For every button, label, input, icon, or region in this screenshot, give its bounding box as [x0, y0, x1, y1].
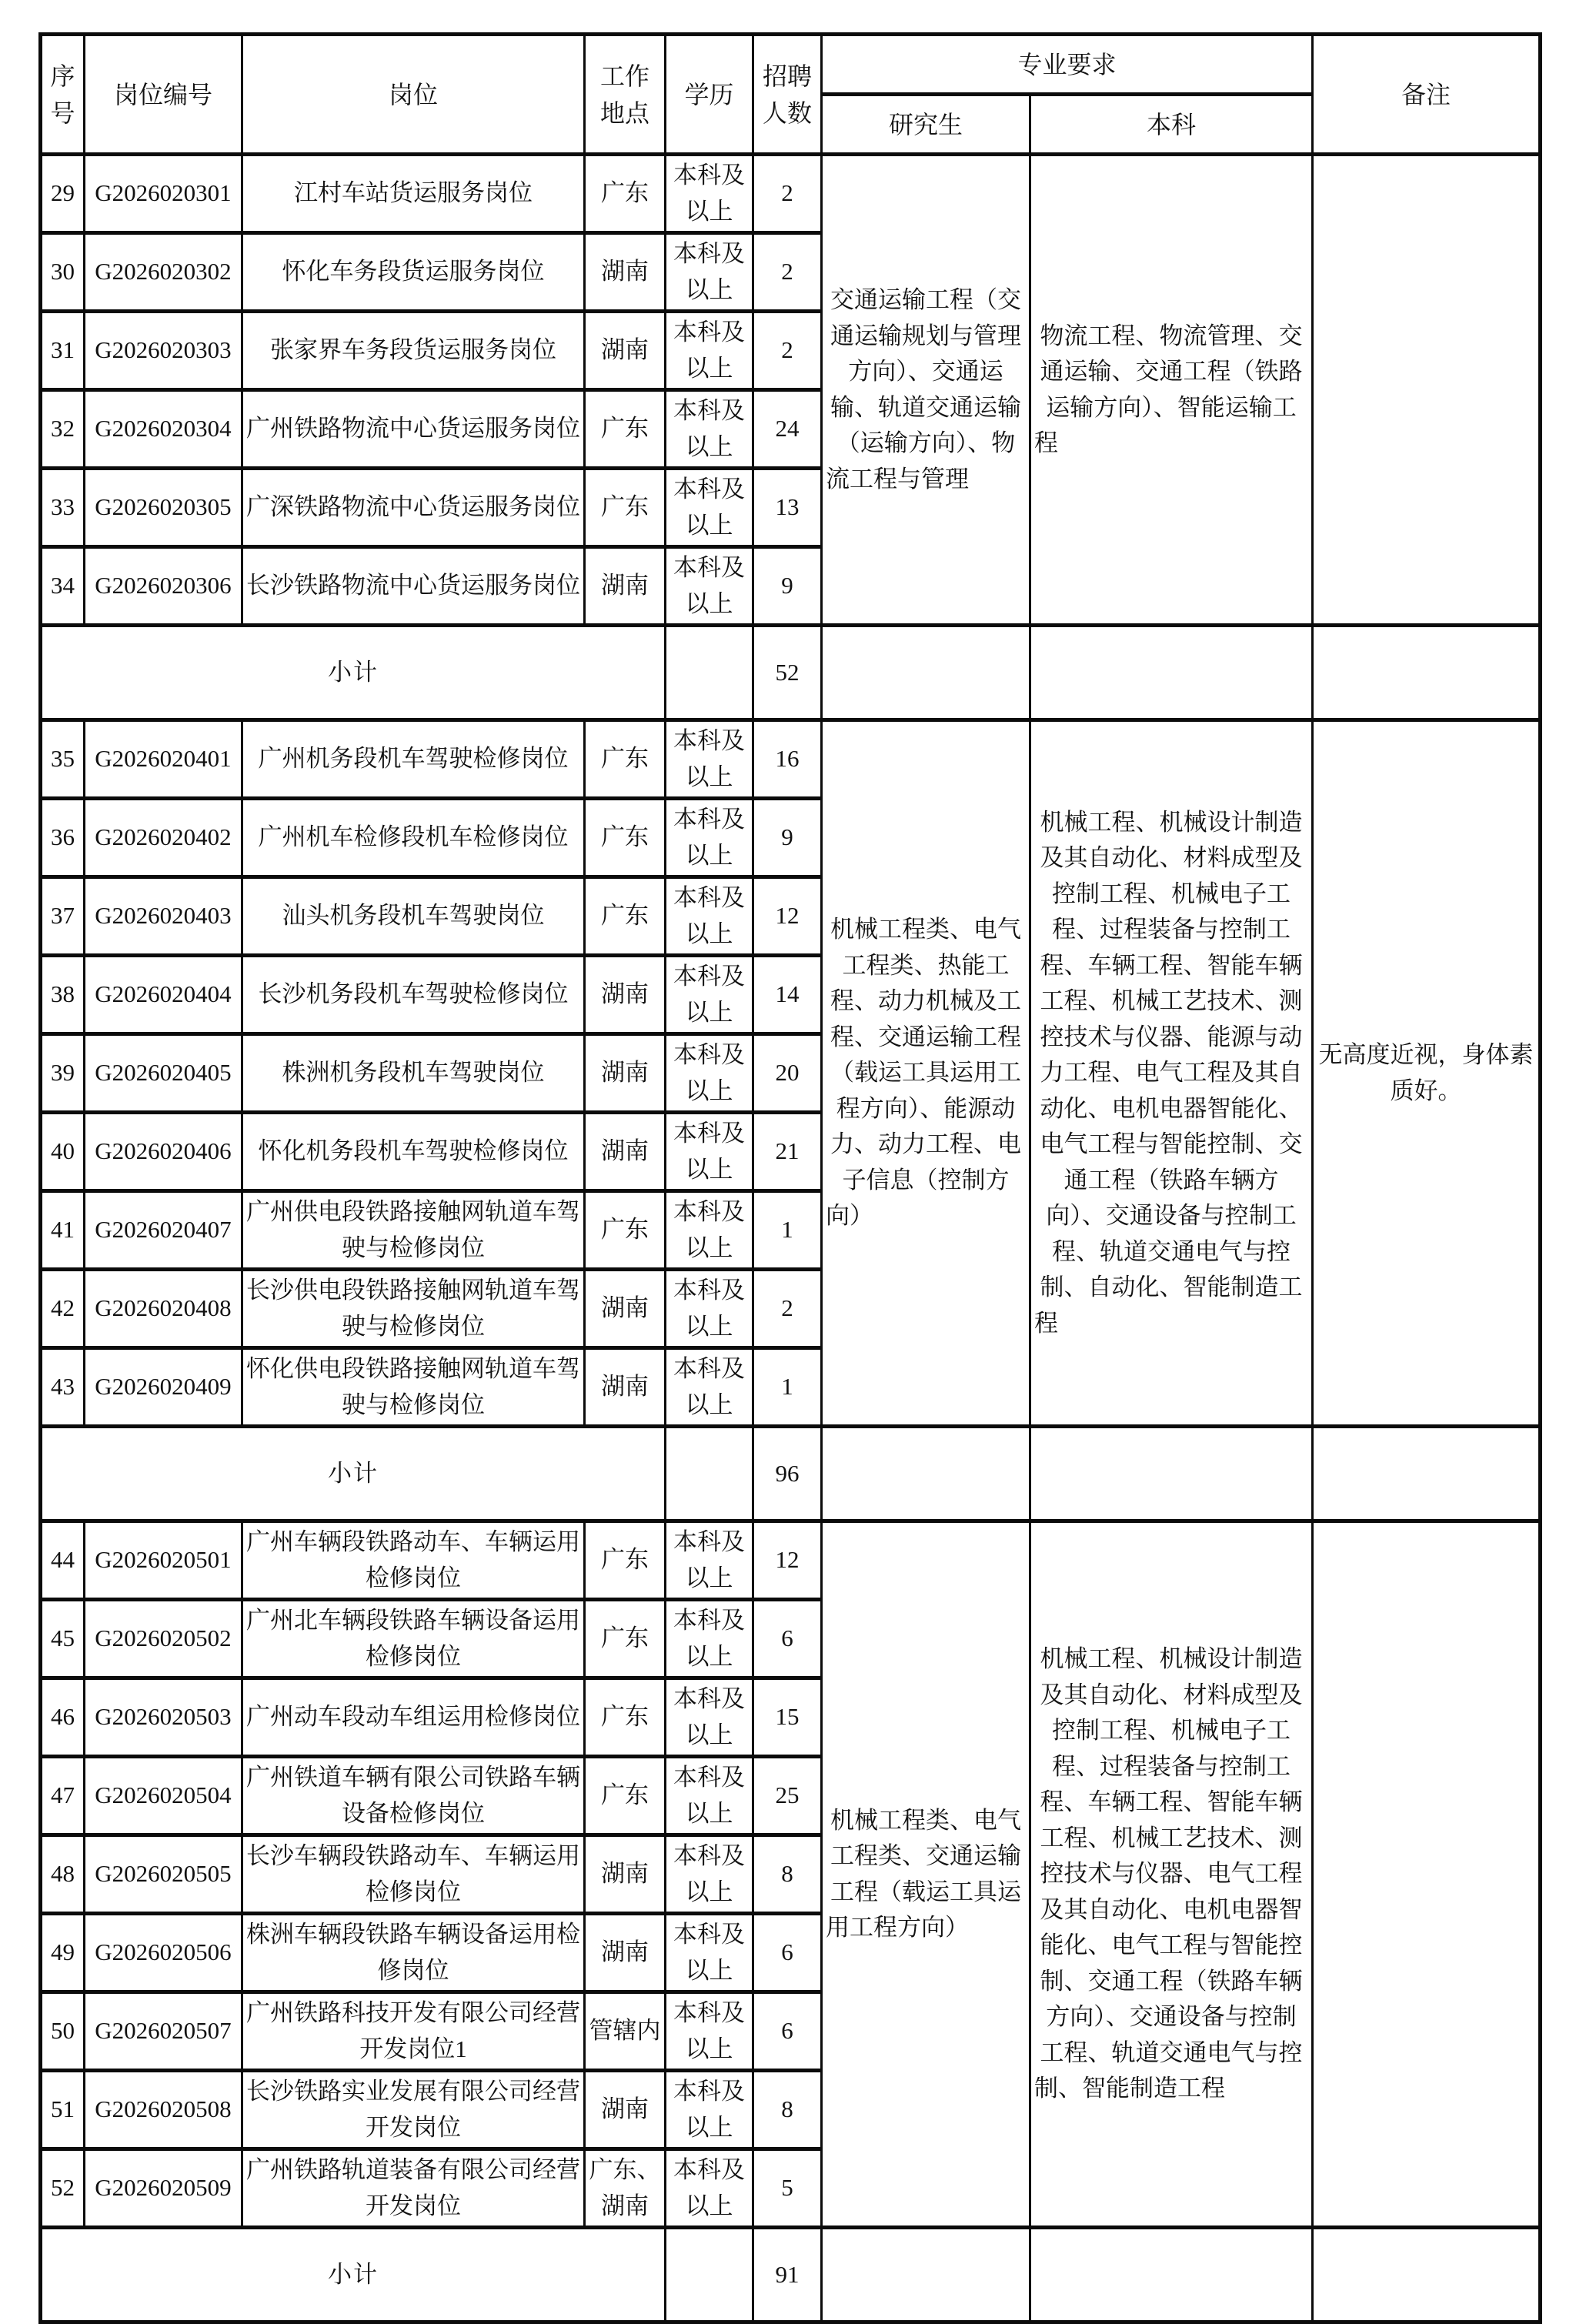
row-no: 45 — [41, 1600, 85, 1678]
row-location: 广东、湖南 — [585, 2149, 666, 2228]
section-grad-majors: 机械工程类、电气工程类、热能工程、动力机械及工程、交通运输工程（载运工具运用工程… — [822, 720, 1030, 1427]
subtotal-degree-empty — [666, 626, 753, 720]
row-code: G2026020402 — [85, 799, 242, 877]
row-code: G2026020406 — [85, 1113, 242, 1191]
row-code: G2026020506 — [85, 1914, 242, 1992]
col-header-count: 招聘人数 — [753, 35, 822, 155]
header-row-1: 序号 岗位编号 岗位 工作地点 学历 招聘人数 专业要求 备注 — [41, 35, 1541, 95]
row-degree: 本科及以上 — [666, 1757, 753, 1835]
row-no: 50 — [41, 1992, 85, 2071]
row-count: 9 — [753, 547, 822, 626]
row-code: G2026020508 — [85, 2071, 242, 2149]
row-title: 广州供电段铁路接触网轨道车驾驶与检修岗位 — [242, 1191, 585, 1270]
row-no: 43 — [41, 1348, 85, 1427]
row-title: 江村车站货运服务岗位 — [242, 155, 585, 233]
row-count: 16 — [753, 720, 822, 799]
col-header-position: 岗位 — [242, 35, 585, 155]
row-count: 8 — [753, 2071, 822, 2149]
row-no: 34 — [41, 547, 85, 626]
row-title: 广州铁路科技开发有限公司经营开发岗位1 — [242, 1992, 585, 2071]
row-code: G2026020405 — [85, 1034, 242, 1113]
row-title: 广州北车辆段铁路车辆设备运用检修岗位 — [242, 1600, 585, 1678]
row-degree: 本科及以上 — [666, 233, 753, 312]
row-code: G2026020401 — [85, 720, 242, 799]
row-title: 长沙铁路实业发展有限公司经营开发岗位 — [242, 2071, 585, 2149]
row-degree: 本科及以上 — [666, 312, 753, 390]
subtotal-label: 小计 — [41, 2228, 666, 2322]
row-no: 30 — [41, 233, 85, 312]
row-degree: 本科及以上 — [666, 1835, 753, 1914]
row-title: 株洲机务段机车驾驶岗位 — [242, 1034, 585, 1113]
row-location: 湖南 — [585, 1835, 666, 1914]
section-undergrad-majors: 机械工程、机械设计制造及其自动化、材料成型及控制工程、机械电子工程、过程装备与控… — [1030, 1521, 1313, 2228]
section-note: 无高度近视，身体素质好。 — [1313, 720, 1541, 1427]
row-degree: 本科及以上 — [666, 1600, 753, 1678]
row-count: 2 — [753, 155, 822, 233]
row-location: 湖南 — [585, 956, 666, 1034]
recruitment-table: 序号 岗位编号 岗位 工作地点 学历 招聘人数 专业要求 备注 研究生 本科 2… — [38, 32, 1542, 2324]
row-code: G2026020502 — [85, 1600, 242, 1678]
subtotal-count: 96 — [753, 1427, 822, 1521]
row-location: 广东 — [585, 390, 666, 469]
row-count: 12 — [753, 877, 822, 956]
row-no: 31 — [41, 312, 85, 390]
col-header-grad: 研究生 — [822, 95, 1030, 155]
row-title: 广州车辆段铁路动车、车辆运用检修岗位 — [242, 1521, 585, 1600]
row-degree: 本科及以上 — [666, 2071, 753, 2149]
subtotal-count: 91 — [753, 2228, 822, 2322]
subtotal-row: 小计 96 — [41, 1427, 1541, 1521]
row-degree: 本科及以上 — [666, 1521, 753, 1600]
row-location: 广东 — [585, 799, 666, 877]
col-header-note: 备注 — [1313, 35, 1541, 155]
row-title: 株洲车辆段铁路车辆设备运用检修岗位 — [242, 1914, 585, 1992]
subtotal-degree-empty — [666, 2228, 753, 2322]
row-title: 张家界车务段货运服务岗位 — [242, 312, 585, 390]
row-code: G2026020403 — [85, 877, 242, 956]
row-no: 32 — [41, 390, 85, 469]
row-code: G2026020408 — [85, 1270, 242, 1348]
subtotal-note-empty — [1313, 2228, 1541, 2322]
subtotal-row: 小计 52 — [41, 626, 1541, 720]
subtotal-grad-empty — [822, 1427, 1030, 1521]
col-header-undergrad: 本科 — [1030, 95, 1313, 155]
row-location: 广东 — [585, 1521, 666, 1600]
row-count: 1 — [753, 1191, 822, 1270]
section-grad-majors: 机械工程类、电气工程类、交通运输工程（载运工具运用工程方向） — [822, 1521, 1030, 2228]
table-row: 35 G2026020401 广州机务段机车驾驶检修岗位 广东 本科及以上 16… — [41, 720, 1541, 799]
row-degree: 本科及以上 — [666, 2149, 753, 2228]
row-title: 怀化机务段机车驾驶检修岗位 — [242, 1113, 585, 1191]
row-location: 广东 — [585, 469, 666, 547]
row-no: 49 — [41, 1914, 85, 1992]
row-count: 2 — [753, 1270, 822, 1348]
section-undergrad-majors: 机械工程、机械设计制造及其自动化、材料成型及控制工程、机械电子工程、过程装备与控… — [1030, 720, 1313, 1427]
row-no: 44 — [41, 1521, 85, 1600]
row-location: 广东 — [585, 1191, 666, 1270]
col-header-code: 岗位编号 — [85, 35, 242, 155]
row-code: G2026020507 — [85, 1992, 242, 2071]
row-count: 12 — [753, 1521, 822, 1600]
subtotal-note-empty — [1313, 626, 1541, 720]
row-location: 湖南 — [585, 547, 666, 626]
row-degree: 本科及以上 — [666, 956, 753, 1034]
row-location: 湖南 — [585, 1348, 666, 1427]
row-no: 42 — [41, 1270, 85, 1348]
row-location: 湖南 — [585, 312, 666, 390]
row-title: 怀化供电段铁路接触网轨道车驾驶与检修岗位 — [242, 1348, 585, 1427]
row-count: 15 — [753, 1678, 822, 1757]
row-count: 21 — [753, 1113, 822, 1191]
row-degree: 本科及以上 — [666, 547, 753, 626]
row-count: 6 — [753, 1914, 822, 1992]
row-no: 38 — [41, 956, 85, 1034]
row-degree: 本科及以上 — [666, 720, 753, 799]
row-no: 51 — [41, 2071, 85, 2149]
row-degree: 本科及以上 — [666, 390, 753, 469]
row-code: G2026020301 — [85, 155, 242, 233]
subtotal-grad-empty — [822, 626, 1030, 720]
row-location: 广东 — [585, 155, 666, 233]
row-code: G2026020505 — [85, 1835, 242, 1914]
subtotal-degree-empty — [666, 1427, 753, 1521]
row-title: 广深铁路物流中心货运服务岗位 — [242, 469, 585, 547]
row-count: 1 — [753, 1348, 822, 1427]
row-title: 广州动车段动车组运用检修岗位 — [242, 1678, 585, 1757]
subtotal-count: 52 — [753, 626, 822, 720]
subtotal-grad-empty — [822, 2228, 1030, 2322]
row-count: 5 — [753, 2149, 822, 2228]
section-grad-majors: 交通运输工程（交通运输规划与管理方向）、交通运输、轨道交通运输（运输方向）、物流… — [822, 155, 1030, 626]
table-row: 44 G2026020501 广州车辆段铁路动车、车辆运用检修岗位 广东 本科及… — [41, 1521, 1541, 1600]
col-header-location: 工作地点 — [585, 35, 666, 155]
row-no: 47 — [41, 1757, 85, 1835]
row-degree: 本科及以上 — [666, 1914, 753, 1992]
row-no: 35 — [41, 720, 85, 799]
row-no: 39 — [41, 1034, 85, 1113]
row-count: 9 — [753, 799, 822, 877]
row-location: 管辖内 — [585, 1992, 666, 2071]
subtotal-label: 小计 — [41, 1427, 666, 1521]
row-code: G2026020407 — [85, 1191, 242, 1270]
row-count: 6 — [753, 1992, 822, 2071]
section-undergrad-majors: 物流工程、物流管理、交通运输、交通工程（铁路运输方向）、智能运输工程 — [1030, 155, 1313, 626]
row-location: 广东 — [585, 1757, 666, 1835]
subtotal-undergrad-empty — [1030, 626, 1313, 720]
row-degree: 本科及以上 — [666, 1992, 753, 2071]
row-location: 湖南 — [585, 1113, 666, 1191]
row-title: 怀化车务段货运服务岗位 — [242, 233, 585, 312]
row-no: 33 — [41, 469, 85, 547]
row-degree: 本科及以上 — [666, 1191, 753, 1270]
row-title: 广州机车检修段机车检修岗位 — [242, 799, 585, 877]
row-title: 长沙铁路物流中心货运服务岗位 — [242, 547, 585, 626]
row-code: G2026020501 — [85, 1521, 242, 1600]
row-no: 46 — [41, 1678, 85, 1757]
row-count: 14 — [753, 956, 822, 1034]
row-code: G2026020504 — [85, 1757, 242, 1835]
row-code: G2026020304 — [85, 390, 242, 469]
section-note — [1313, 155, 1541, 626]
subtotal-undergrad-empty — [1030, 2228, 1313, 2322]
row-degree: 本科及以上 — [666, 877, 753, 956]
row-location: 湖南 — [585, 1034, 666, 1113]
row-no: 52 — [41, 2149, 85, 2228]
row-title: 长沙机务段机车驾驶检修岗位 — [242, 956, 585, 1034]
row-no: 48 — [41, 1835, 85, 1914]
row-code: G2026020404 — [85, 956, 242, 1034]
col-header-degree: 学历 — [666, 35, 753, 155]
row-location: 湖南 — [585, 233, 666, 312]
row-degree: 本科及以上 — [666, 469, 753, 547]
row-title: 长沙供电段铁路接触网轨道车驾驶与检修岗位 — [242, 1270, 585, 1348]
col-header-no: 序号 — [41, 35, 85, 155]
row-title: 广州铁道车辆有限公司铁路车辆设备检修岗位 — [242, 1757, 585, 1835]
row-no: 40 — [41, 1113, 85, 1191]
row-count: 13 — [753, 469, 822, 547]
row-count: 2 — [753, 312, 822, 390]
row-location: 广东 — [585, 1600, 666, 1678]
row-code: G2026020503 — [85, 1678, 242, 1757]
row-location: 广东 — [585, 1678, 666, 1757]
row-degree: 本科及以上 — [666, 1113, 753, 1191]
row-count: 2 — [753, 233, 822, 312]
row-code: G2026020409 — [85, 1348, 242, 1427]
row-count: 24 — [753, 390, 822, 469]
row-title: 汕头机务段机车驾驶岗位 — [242, 877, 585, 956]
row-count: 8 — [753, 1835, 822, 1914]
row-no: 37 — [41, 877, 85, 956]
row-degree: 本科及以上 — [666, 155, 753, 233]
row-code: G2026020306 — [85, 547, 242, 626]
row-count: 20 — [753, 1034, 822, 1113]
row-title: 长沙车辆段铁路动车、车辆运用检修岗位 — [242, 1835, 585, 1914]
row-no: 29 — [41, 155, 85, 233]
row-no: 36 — [41, 799, 85, 877]
row-code: G2026020302 — [85, 233, 242, 312]
col-header-major: 专业要求 — [822, 35, 1313, 95]
table-row: 29 G2026020301 江村车站货运服务岗位 广东 本科及以上 2 交通运… — [41, 155, 1541, 233]
row-no: 41 — [41, 1191, 85, 1270]
row-code: G2026020303 — [85, 312, 242, 390]
row-degree: 本科及以上 — [666, 1270, 753, 1348]
row-location: 湖南 — [585, 1914, 666, 1992]
row-title: 广州铁路轨道装备有限公司经营开发岗位 — [242, 2149, 585, 2228]
subtotal-row: 小计 91 — [41, 2228, 1541, 2322]
row-code: G2026020305 — [85, 469, 242, 547]
row-degree: 本科及以上 — [666, 1678, 753, 1757]
subtotal-label: 小计 — [41, 626, 666, 720]
row-count: 6 — [753, 1600, 822, 1678]
row-location: 广东 — [585, 720, 666, 799]
subtotal-undergrad-empty — [1030, 1427, 1313, 1521]
row-title: 广州铁路物流中心货运服务岗位 — [242, 390, 585, 469]
subtotal-note-empty — [1313, 1427, 1541, 1521]
row-location: 湖南 — [585, 1270, 666, 1348]
row-location: 广东 — [585, 877, 666, 956]
section-note — [1313, 1521, 1541, 2228]
row-count: 25 — [753, 1757, 822, 1835]
row-degree: 本科及以上 — [666, 799, 753, 877]
row-title: 广州机务段机车驾驶检修岗位 — [242, 720, 585, 799]
row-location: 湖南 — [585, 2071, 666, 2149]
row-degree: 本科及以上 — [666, 1034, 753, 1113]
row-degree: 本科及以上 — [666, 1348, 753, 1427]
row-code: G2026020509 — [85, 2149, 242, 2228]
